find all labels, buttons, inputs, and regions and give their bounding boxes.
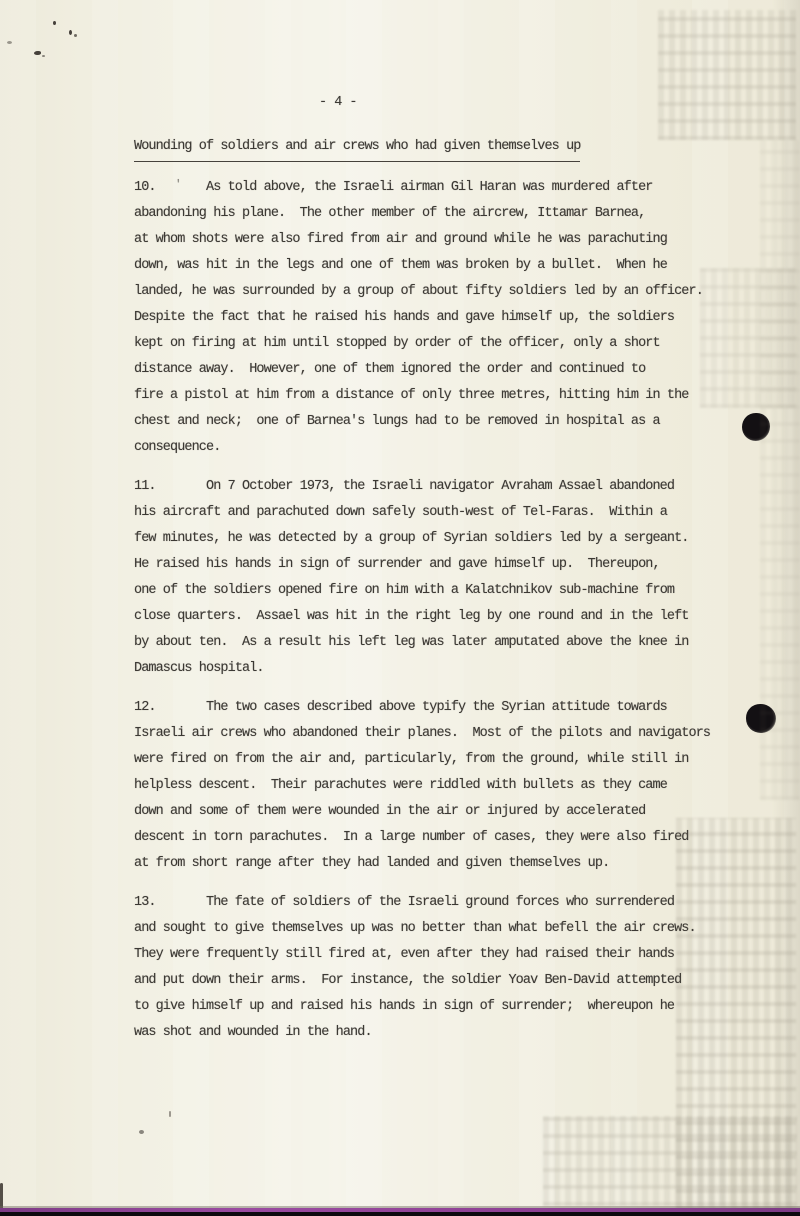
paragraph-line: distance away. However, one of them igno… [134,357,744,383]
paragraph-line: abandoning his plane. The other member o… [134,201,744,227]
paragraph-line: kept on firing at him until stopped by o… [134,331,744,357]
ink-speck [42,55,45,57]
paragraph-line: As told above, the Israeli airman Gil Ha… [134,175,744,201]
paragraph: 12.The two cases described above typify … [134,695,744,877]
paragraph-line: by about ten. As a result his left leg w… [134,630,744,656]
paragraph-line: were fired on from the air and, particul… [134,747,744,773]
paragraph-line: They were frequently still fired at, eve… [134,942,744,968]
paragraph-line: at from short range after they had lande… [134,851,744,877]
paragraph-line: Damascus hospital. [134,656,744,682]
ink-speck [34,51,41,55]
paragraph-number: 10. [134,175,156,201]
stray-mark: ' [175,172,181,198]
paragraph-line: fire a pistol at him from a distance of … [134,383,744,409]
paragraphs: 10.'As told above, the Israeli airman Gi… [134,175,744,1046]
paragraph-line: and sought to give themselves up was no … [134,916,744,942]
paragraph-line: He raised his hands in sign of surrender… [134,552,744,578]
paragraph-line: descent in torn parachutes. In a large n… [134,825,744,851]
ink-speck [139,1130,144,1134]
paragraph-line: close quarters. Assael was hit in the ri… [134,604,744,630]
paragraph-line: On 7 October 1973, the Israeli navigator… [134,474,744,500]
ink-speck [53,21,56,25]
paragraph: 11.On 7 October 1973, the Israeli naviga… [134,474,744,682]
bleed-through-texture [543,1116,797,1206]
paragraph-line: down, was hit in the legs and one of the… [134,253,744,279]
paragraph-line: few minutes, he was detected by a group … [134,526,744,552]
paragraph-line: landed, he was surrounded by a group of … [134,279,744,305]
paragraph-line: The two cases described above typify the… [134,695,744,721]
paragraph-line: helpless descent. Their parachutes were … [134,773,744,799]
ink-speck [69,30,72,35]
paragraph-line: to give himself up and raised his hands … [134,994,744,1020]
ink-speck [169,1111,171,1117]
hole-punch-dot [746,704,776,733]
paragraph-line: chest and neck; one of Barnea's lungs ha… [134,409,744,435]
paragraph-line: Israeli air crews who abandoned their pl… [134,721,744,747]
right-edge-shading [772,0,800,1216]
paragraph-line: consequence. [134,435,744,461]
text-block: Wounding of soldiers and air crews who h… [134,134,744,1046]
bleed-through-texture [760,140,800,800]
paragraph-line: The fate of soldiers of the Israeli grou… [134,890,744,916]
paragraph-line: and put down their arms. For instance, t… [134,968,744,994]
section-heading: Wounding of soldiers and air crews who h… [134,134,580,162]
page-number: - 4 - [319,95,357,110]
bleed-through-texture [658,10,796,140]
hole-punch-dot [742,413,770,441]
paragraph-line: one of the soldiers opened fire on him w… [134,578,744,604]
paragraph-line: Despite the fact that he raised his hand… [134,305,744,331]
paragraph: 13.The fate of soldiers of the Israeli g… [134,890,744,1046]
ink-speck [7,41,12,44]
scanned-page: { "document": { "page_number": "- 4 -", … [0,0,800,1216]
paragraph-line: at whom shots were also fired from air a… [134,227,744,253]
paragraph-line: down and some of them were wounded in th… [134,799,744,825]
paragraph-number: 12. [134,695,156,721]
paragraph: 10.'As told above, the Israeli airman Gi… [134,175,744,461]
bottom-strip-black [0,1212,800,1216]
paragraph-line: was shot and wounded in the hand. [134,1020,744,1046]
paragraph-line: his aircraft and parachuted down safely … [134,500,744,526]
paragraph-number: 11. [134,474,156,500]
paragraph-number: 13. [134,890,156,916]
ink-speck [74,34,77,37]
